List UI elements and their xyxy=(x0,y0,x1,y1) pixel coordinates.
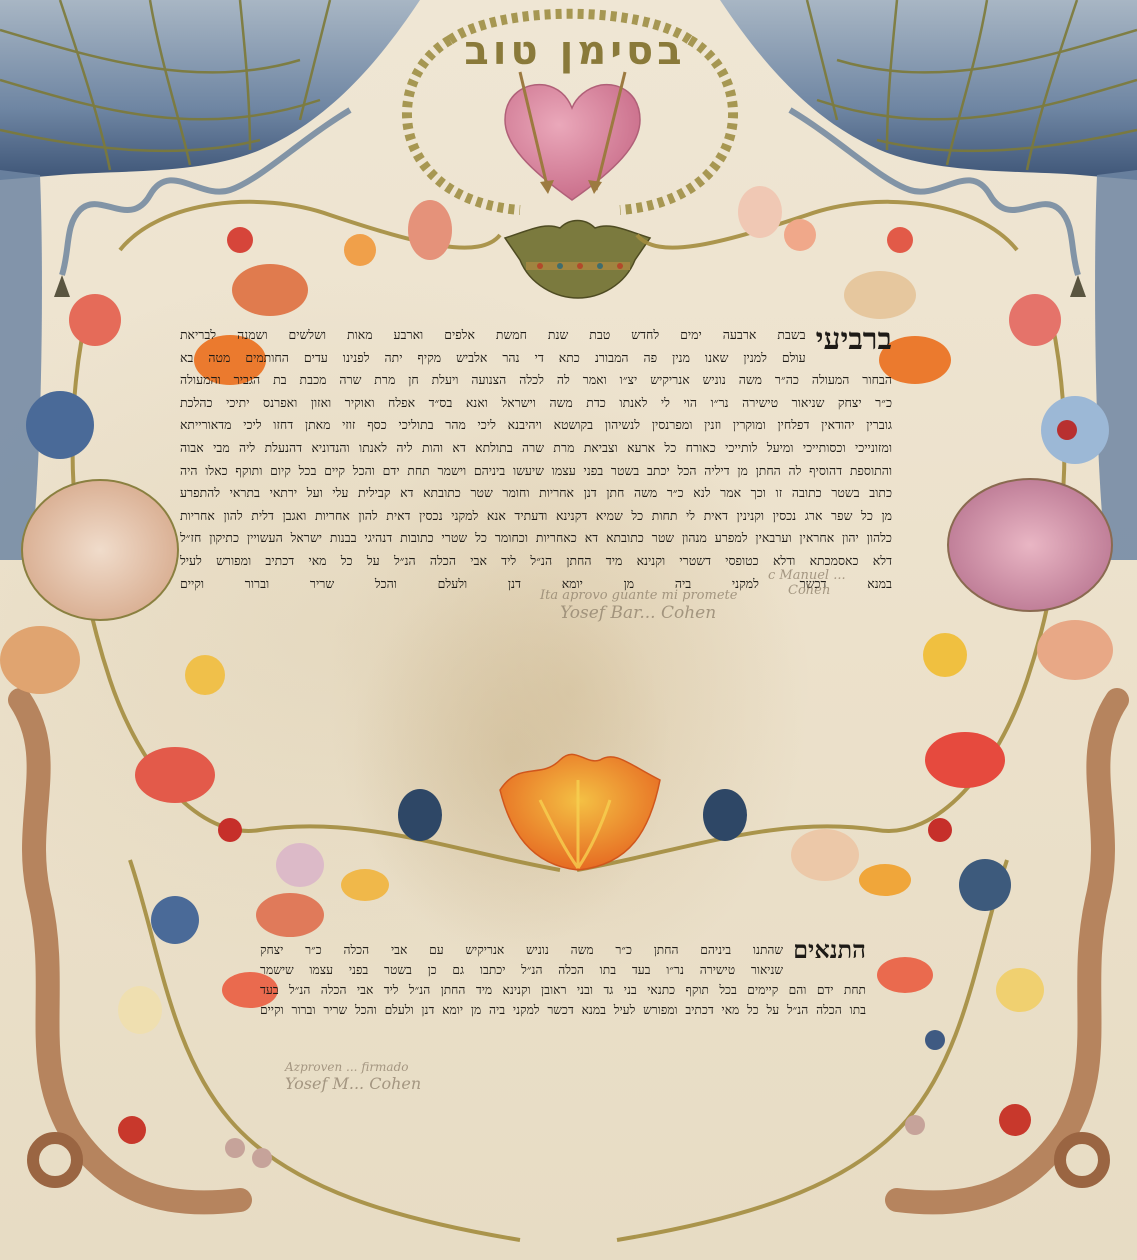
flower-icon xyxy=(118,1116,146,1144)
blue-flower-icon xyxy=(26,391,94,459)
flower-icon xyxy=(887,227,913,253)
yellow-flower-icon xyxy=(185,655,225,695)
ketubah-line: מן כל שפר ארג נכסין וקנינין דאית לי תחות… xyxy=(180,505,892,528)
tulip-icon xyxy=(877,957,933,993)
tulip-icon xyxy=(276,843,324,887)
rose-icon xyxy=(22,480,178,620)
flower-icon xyxy=(928,818,952,842)
carnation-icon xyxy=(1009,294,1061,346)
tenaim-line: תחת ידם והם קיימים בכל תוקף כתנאי בני גד… xyxy=(260,980,866,1000)
tulip-icon xyxy=(925,732,1005,788)
flower-icon xyxy=(925,1030,945,1050)
ketubah-line: ומזונייכי וכסותייכי ומיעל לותייכי כאורח … xyxy=(180,437,892,460)
ketubah-line: בשבת ארבעה ימים לחדש טבת שנת חמשת אלפים … xyxy=(180,324,806,347)
witness-signature-3: Azproven ... firmado Yosef M... Cohen xyxy=(285,1060,421,1093)
carnation-icon xyxy=(69,294,121,346)
star-flower-icon xyxy=(784,219,816,251)
flower-icon xyxy=(999,1104,1031,1136)
illumination-layer xyxy=(0,0,1137,1260)
tulip-icon xyxy=(232,264,308,316)
ketubah-first-word: ברביעי xyxy=(816,320,892,360)
ketubah-line: כלהון יהון אחראין וערבאין למפרע מנהון שט… xyxy=(180,527,892,550)
tulip-icon xyxy=(791,829,859,881)
ketubah-line: והתוספת דהוסיף לה החתן מן דיליה הכל יכתב… xyxy=(180,460,892,483)
ketubah-line: כתוב בשטר כתובה זו וכך אמר לנא כ״ר משה ח… xyxy=(180,482,892,505)
tulip-icon xyxy=(859,864,911,896)
tulip-icon xyxy=(996,968,1044,1012)
star-flower-icon xyxy=(344,234,376,266)
ketubah-line: הבחור המעולה כה״ר משה נוניש אנריקיש יצ״ו… xyxy=(180,369,892,392)
tenaim-text-block: התנאים שהתנו ביניהם החתן כ״ר משה נוניש א… xyxy=(260,940,866,1020)
tenaim-line: בתו הכלה הנ״ל על כל מאי דכתיב ומפורש לעי… xyxy=(260,1000,866,1020)
tulip-icon xyxy=(135,747,215,803)
crown-icon xyxy=(505,221,650,299)
tulip-icon xyxy=(256,893,324,937)
tulip-icon xyxy=(844,271,916,319)
flower-icon xyxy=(218,818,242,842)
pierced-heart-icon xyxy=(505,72,640,200)
central-tulip-icon xyxy=(500,754,660,870)
ketubah-line: כ״ר יצחק שניאור טישירה נר״ו הוי לי לאנתו… xyxy=(180,392,892,415)
yellow-flower-icon xyxy=(923,633,967,677)
blue-flower-icon xyxy=(959,859,1011,911)
heading-besiman-tov: בסימן טוב xyxy=(440,28,710,74)
witness-signature-1: Ita aprovo guante mi promete Yosef Bar..… xyxy=(540,588,737,623)
flower-icon xyxy=(252,1148,272,1168)
blue-flower-icon xyxy=(151,896,199,944)
fruit-icon xyxy=(1037,620,1113,680)
witness-signature-2: c Manuel ... Cohen xyxy=(768,568,846,598)
tulip-icon xyxy=(341,869,389,901)
blue-tulip-icon xyxy=(703,789,747,841)
flower-icon xyxy=(225,1138,245,1158)
ketubah-line: גוברין יהודאין דפלחין ומוקרין וזנין ומפר… xyxy=(180,414,892,437)
blue-tulip-icon xyxy=(398,789,442,841)
tenaim-line: שניאור טישירה נר״ו בעד בתו הכלה הנ״ל יכת… xyxy=(260,960,783,980)
tulip-icon xyxy=(118,986,162,1034)
tulip-icon xyxy=(408,200,452,260)
flower-icon xyxy=(905,1115,925,1135)
rose-icon xyxy=(948,479,1112,611)
ketubah-manuscript: בסימן טוב ברביעי בשבת ארבעה ימים לחדש טב… xyxy=(0,0,1137,1260)
ketubah-line: עולם למנין שאנו מנין פה המבורנ כתא די נה… xyxy=(180,347,806,370)
fruit-icon xyxy=(0,626,80,694)
tenaim-line: שהתנו ביניהם החתן כ״ר משה נוניש אנריקיש … xyxy=(260,940,783,960)
ketubah-text-block: ברביעי בשבת ארבעה ימים לחדש טבת שנת חמשת… xyxy=(180,324,892,595)
tenaim-first-word: התנאים xyxy=(793,936,866,964)
tulip-icon xyxy=(738,186,782,238)
flower-icon xyxy=(227,227,253,253)
